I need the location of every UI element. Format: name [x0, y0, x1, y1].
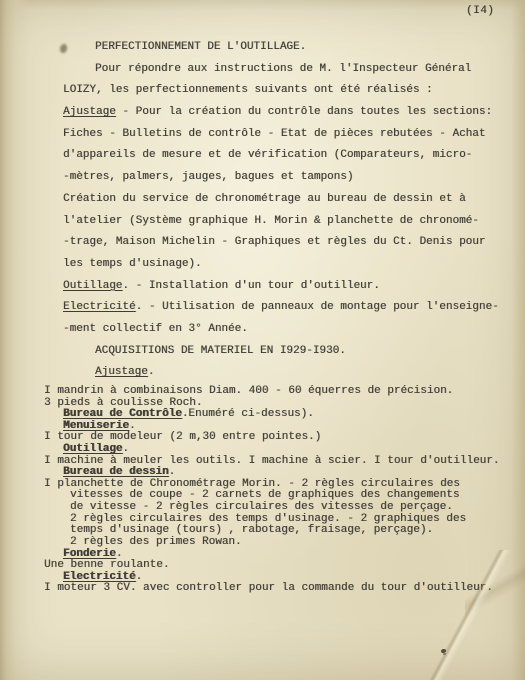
line-text: d'appareils de mesure et de vérification… — [63, 149, 472, 161]
text-line: -ment collectif en 3° Année. — [63, 319, 525, 341]
paper-speck — [441, 649, 446, 653]
line-text: 2 règles des primes Rowan. — [70, 536, 242, 548]
line-text: -ment collectif en 3° Année. — [63, 323, 248, 335]
text-line: Création du service de chronométrage au … — [63, 189, 525, 211]
line-text: .Enuméré ci-dessus). — [182, 408, 314, 420]
text-line: LOIZY, les perfectionnements suivants on… — [63, 80, 525, 102]
underlined-heading: Bureau de Contrôle — [63, 408, 182, 420]
line-text: -trage, Maison Michelin - Graphiques et … — [63, 236, 485, 248]
line-text: Fiches - Bulletins de contrôle - Etat de… — [63, 128, 485, 140]
text-line: Outillage. - Installation d'un tour d'ou… — [63, 276, 525, 298]
scanned-document-page: (I4) PERFECTIONNEMENT DE L'OUTILLAGE.Pou… — [0, 0, 525, 680]
text-line: les temps d'usinage). — [63, 254, 525, 276]
line-text: 2 règles circulaires des temps d'usinage… — [70, 513, 466, 525]
text-line: Ajustage - Pour la création du contrôle … — [63, 102, 525, 124]
line-text: . — [122, 443, 129, 455]
line-text: . - Installation d'un tour d'outilleur. — [122, 280, 379, 292]
line-text: . — [169, 466, 176, 478]
underlined-heading: Bureau de dessin — [63, 466, 169, 478]
line-text: ACQUISITIONS DE MATERIEL EN I929-I930. — [95, 345, 346, 357]
text-line: 2 règles des primes Rowan. — [70, 537, 525, 549]
underlined-heading: Ajustage — [95, 366, 148, 378]
underlined-heading: Electricité — [63, 301, 136, 313]
line-text: de vitesse - 2 règles circulaires des vi… — [70, 501, 453, 513]
line-text: - Pour la création du contrôle dans tout… — [116, 106, 492, 118]
underlined-heading: Electricité — [63, 571, 136, 583]
line-text: vitesses de coupe - 2 carnets de graphiq… — [70, 489, 459, 501]
underlined-heading: Outillage — [63, 280, 122, 292]
line-text: LOIZY, les perfectionnements suivants on… — [63, 84, 433, 96]
line-text: . - Utilisation de panneaux de montage p… — [136, 301, 499, 313]
line-text: Création du service de chronométrage au … — [63, 193, 466, 205]
text-line: Ajustage. — [95, 362, 525, 384]
line-text: Une benne roulante. — [44, 559, 169, 571]
underlined-heading: Fonderie — [63, 548, 116, 560]
line-text: l'atelier (Système graphique H. Morin & … — [63, 215, 479, 227]
text-line: ACQUISITIONS DE MATERIEL EN I929-I930. — [95, 341, 525, 363]
line-text: PERFECTIONNEMENT DE L'OUTILLAGE. — [95, 41, 306, 53]
line-text: I mandrin à combinaisons Diam. 400 - 60 … — [44, 385, 453, 397]
line-text: . — [116, 548, 123, 560]
line-text: temps d'usinage (tours) , rabotage, frai… — [70, 524, 433, 536]
text-line: -mètres, palmers, jauges, bagues et tamp… — [63, 167, 525, 189]
line-text: I moteur 3 CV. avec controller pour la c… — [44, 582, 493, 594]
text-line: l'atelier (Système graphique H. Morin & … — [63, 211, 525, 233]
line-text: les temps d'usinage). — [63, 258, 202, 270]
line-text: Pour répondre aux instructions de M. l'I… — [95, 63, 471, 75]
underlined-heading: Ajustage — [63, 106, 116, 118]
line-text: -mètres, palmers, jauges, bagues et tamp… — [63, 171, 353, 183]
page-number: (I4) — [466, 5, 494, 17]
document-lines: PERFECTIONNEMENT DE L'OUTILLAGE.Pour rép… — [0, 37, 525, 595]
text-line: -trage, Maison Michelin - Graphiques et … — [63, 232, 525, 254]
underlined-heading: Outillage — [63, 443, 122, 455]
text-line: Pour répondre aux instructions de M. l'I… — [95, 59, 525, 81]
line-text: . — [136, 571, 143, 583]
text-line: I moteur 3 CV. avec controller pour la c… — [44, 583, 525, 595]
text-line: Fiches - Bulletins de contrôle - Etat de… — [63, 124, 525, 146]
line-text: I planchette de Chronométrage Morin. - 2… — [44, 478, 460, 490]
line-text: . — [148, 366, 155, 378]
text-line: Electricité. - Utilisation de panneaux d… — [63, 297, 525, 319]
line-text: . — [129, 420, 136, 432]
text-line: d'appareils de mesure et de vérification… — [63, 145, 525, 167]
line-text: I tour de modeleur (2 m,30 entre pointes… — [44, 431, 321, 443]
line-text: 3 pieds à coulisse Roch. — [44, 397, 202, 409]
line-text: I machine à meuler les outils. I machine… — [44, 455, 499, 467]
underlined-heading: Menuiserie — [63, 420, 129, 432]
text-line: PERFECTIONNEMENT DE L'OUTILLAGE. — [95, 37, 525, 59]
